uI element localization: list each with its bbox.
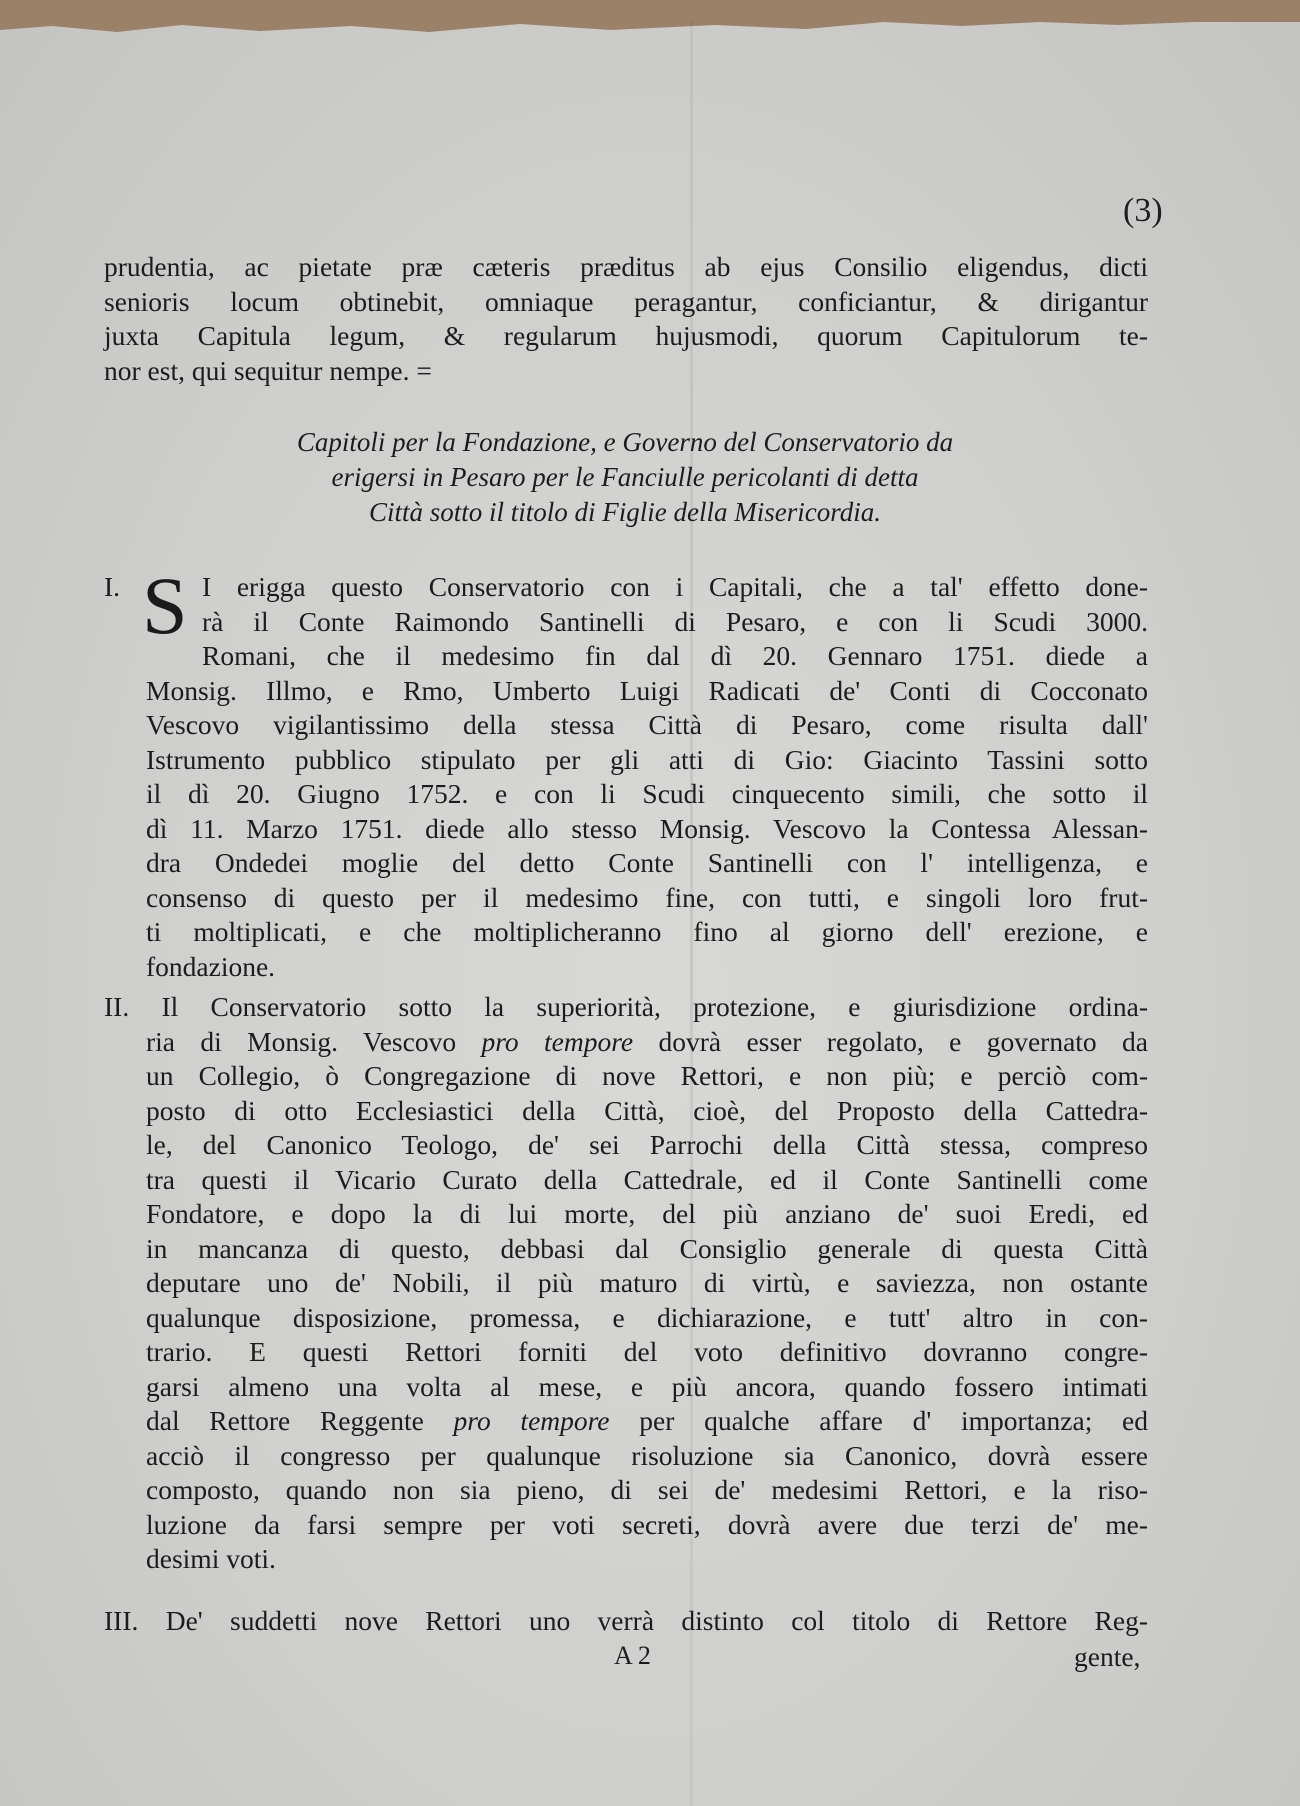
- heading-line: erigersi in Pesaro per le Fanciulle peri…: [200, 460, 1050, 495]
- article-line: dì 11. Marzo 1751. diede allo stesso Mon…: [104, 812, 1148, 847]
- article-line: le, del Canonico Teologo, de' sei Parroc…: [104, 1128, 1148, 1163]
- text-run: dal Rettore Reggente: [146, 1405, 454, 1436]
- article-line: qualunque disposizione, promessa, e dich…: [104, 1301, 1148, 1336]
- article-line: consenso di questo per il medesimo fine,…: [104, 881, 1148, 916]
- text-run: ria di Monsig. Vescovo: [146, 1026, 481, 1057]
- article-line-text: Il Conservatorio sotto la superiorità, p…: [161, 991, 1148, 1022]
- drop-cap: S: [142, 570, 188, 642]
- article-line-text: De' suddetti nove Rettori uno verrà dist…: [166, 1605, 1148, 1636]
- intro-paragraph: prudentia, ac pietate præ cæteris prædit…: [104, 250, 1148, 388]
- page-number: (3): [1123, 192, 1163, 230]
- catchword: gente,: [1074, 1641, 1140, 1673]
- article-line: un Collegio, ò Congregazione di nove Ret…: [104, 1059, 1148, 1094]
- article-2: II. Il Conservatorio sotto la superiorit…: [104, 990, 1148, 1577]
- article-number: III.: [104, 1605, 138, 1636]
- signature-mark: A 2: [614, 1641, 651, 1671]
- article-line: fondazione.: [104, 950, 1148, 985]
- intro-line: senioris locum obtinebit, omniaque perag…: [104, 285, 1148, 320]
- section-heading: Capitoli per la Fondazione, e Governo de…: [200, 425, 1050, 530]
- article-line: Romani, che il medesimo fin dal dì 20. G…: [104, 639, 1148, 674]
- intro-line: nor est, qui sequitur nempe. =: [104, 354, 1148, 389]
- article-line: in mancanza di questo, debbasi dal Consi…: [104, 1232, 1148, 1267]
- article-line: composto, quando non sia pieno, di sei d…: [104, 1473, 1148, 1508]
- article-line: III. De' suddetti nove Rettori uno verrà…: [104, 1604, 1148, 1639]
- article-line: Fondatore, e dopo la di lui morte, del p…: [104, 1197, 1148, 1232]
- article-1: I. S I erigga questo Conservatorio con i…: [104, 570, 1148, 984]
- article-line: deputare uno de' Nobili, il più maturo d…: [104, 1266, 1148, 1301]
- intro-line: juxta Capitula legum, & regularum hujusm…: [104, 319, 1148, 354]
- article-line: dra Ondedei moglie del detto Conte Santi…: [104, 846, 1148, 881]
- intro-line: prudentia, ac pietate præ cæteris prædit…: [104, 250, 1148, 285]
- italic-phrase: pro tempore: [454, 1405, 610, 1436]
- article-line: ti moltiplicati, e che moltiplicheranno …: [104, 915, 1148, 950]
- heading-line: Città sotto il titolo di Figlie della Mi…: [200, 495, 1050, 530]
- article-3: III. De' suddetti nove Rettori uno verrà…: [104, 1604, 1148, 1639]
- article-line: II. Il Conservatorio sotto la superiorit…: [104, 990, 1148, 1025]
- heading-line: Capitoli per la Fondazione, e Governo de…: [200, 425, 1050, 460]
- article-number: II.: [104, 991, 129, 1022]
- article-line: acciò il congresso per qualunque risoluz…: [104, 1439, 1148, 1474]
- article-line: Vescovo vigilantissimo della stessa Citt…: [104, 708, 1148, 743]
- article-line: I erigga questo Conservatorio con i Capi…: [104, 570, 1148, 605]
- article-line: dal Rettore Reggente pro tempore per qua…: [104, 1404, 1148, 1439]
- article-line: il dì 20. Giugno 1752. e con li Scudi ci…: [104, 777, 1148, 812]
- article-line: trario. E questi Rettori forniti del vot…: [104, 1335, 1148, 1370]
- article-line: ria di Monsig. Vescovo pro tempore dovrà…: [104, 1025, 1148, 1060]
- article-line: desimi voti.: [104, 1542, 1148, 1577]
- article-line: rà il Conte Raimondo Santinelli di Pesar…: [104, 605, 1148, 640]
- text-run: per qualche affare d' importanza; ed: [610, 1405, 1148, 1436]
- article-line: posto di otto Ecclesiastici della Città,…: [104, 1094, 1148, 1129]
- article-line: Monsig. Illmo, e Rmo, Umberto Luigi Radi…: [104, 674, 1148, 709]
- article-number: I.: [104, 570, 120, 605]
- article-line: luzione da farsi sempre per voti secreti…: [104, 1508, 1148, 1543]
- article-line: Istrumento pubblico stipulato per gli at…: [104, 743, 1148, 778]
- text-run: dovrà esser regolato, e governato da: [633, 1026, 1148, 1057]
- article-line: tra questi il Vicario Curato della Catte…: [104, 1163, 1148, 1198]
- italic-phrase: pro tempore: [481, 1026, 633, 1057]
- article-line: garsi almeno una volta al mese, e più an…: [104, 1370, 1148, 1405]
